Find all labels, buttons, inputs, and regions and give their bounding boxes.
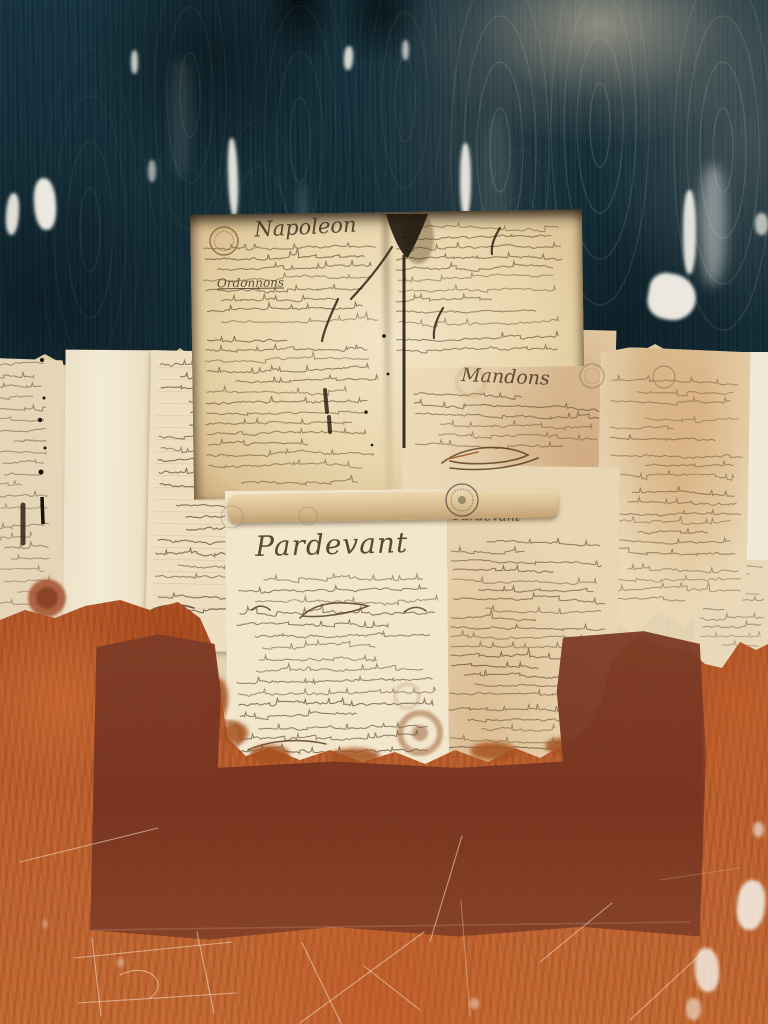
white-paint-spot: [117, 958, 124, 967]
scratch-marks: [0, 0, 768, 1024]
white-paint-spot: [686, 998, 701, 1020]
white-paint-spot: [470, 998, 479, 1009]
artwork-canvas: Napoleon Ordonnons Mandons Pardevant Par…: [0, 0, 768, 1024]
white-paint-spot: [42, 920, 48, 928]
white-paint-spot: [753, 822, 764, 837]
